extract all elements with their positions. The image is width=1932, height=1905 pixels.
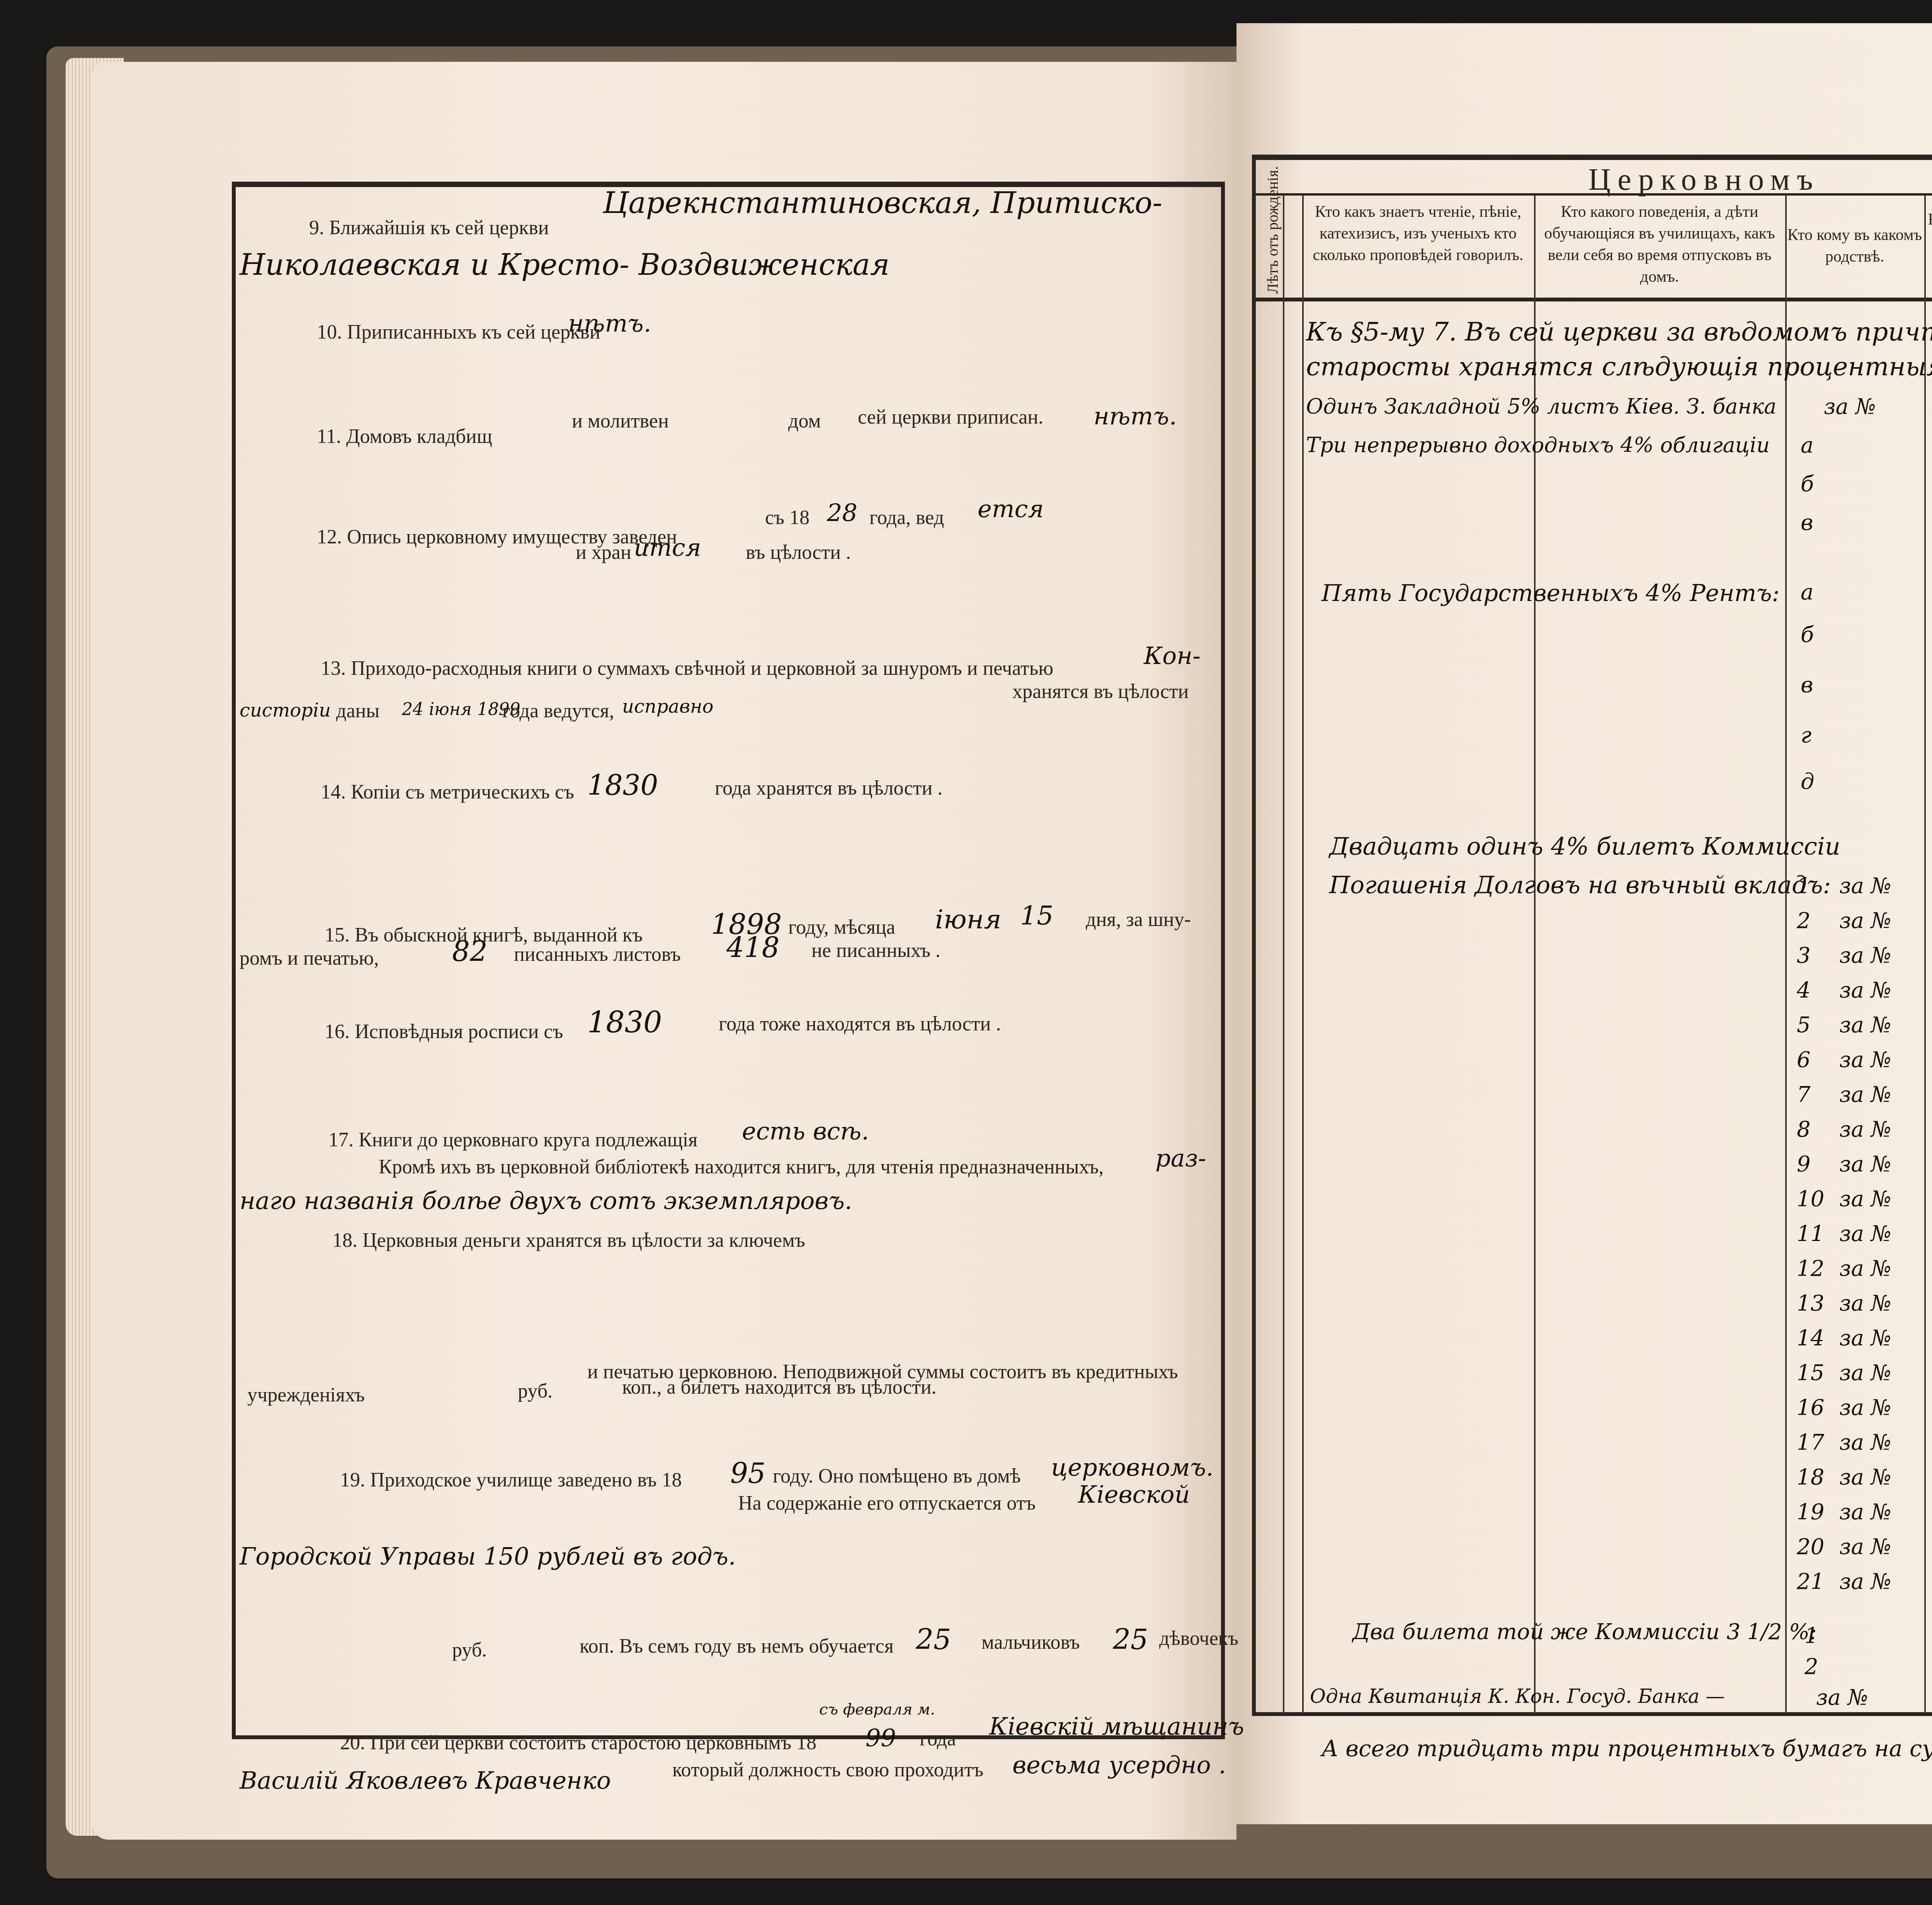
item-19-hw-girls: 25 bbox=[1113, 1623, 1148, 1656]
item-10-hw: нѣтъ. bbox=[568, 309, 651, 337]
item-19-label-b: году. Оно помѣщено въ домѣ bbox=[773, 1465, 1021, 1488]
item-18-label-a: 18. Церковныя деньги хранятся въ цѣлости… bbox=[332, 1229, 805, 1252]
item-12-label-e: въ цѣлости . bbox=[746, 541, 851, 564]
item-15-label-d: ромъ и печатью, bbox=[240, 947, 379, 970]
entry-za: за № bbox=[1839, 1187, 1891, 1212]
entry-idx: 1 bbox=[1804, 1623, 1818, 1648]
item-13-hw-a: Кон- bbox=[1144, 642, 1201, 670]
item-18-label-c: учрежденіяхъ bbox=[247, 1384, 365, 1406]
item-19-label-e: коп. Въ семъ году въ немъ обучается bbox=[580, 1635, 894, 1658]
item-20-label-c: который должность свою проходитъ bbox=[672, 1759, 983, 1781]
item-16-hw-year: 1830 bbox=[587, 1005, 662, 1039]
group-label: Двадцать одинъ 4% билетъ Коммиссіи Погаш… bbox=[1329, 827, 1917, 904]
item-20-label-a: 20. При сей церкви состоитъ старостою це… bbox=[340, 1731, 816, 1754]
col-divider-1 bbox=[1283, 195, 1284, 1714]
item-19-hw-c: Городской Управы 150 рублей въ годъ. bbox=[240, 1542, 736, 1570]
entry-idx: а bbox=[1801, 580, 1813, 605]
entry-idx: 18 bbox=[1797, 1465, 1824, 1490]
item-15-label-f: не писанныхъ . bbox=[811, 939, 940, 962]
entry-idx: 17 bbox=[1797, 1430, 1824, 1455]
item-17-hw-b: раз- bbox=[1155, 1144, 1206, 1172]
entry-idx: 16 bbox=[1797, 1395, 1824, 1420]
col-divider-4 bbox=[1785, 195, 1787, 1714]
entry-idx: 12 bbox=[1797, 1256, 1824, 1281]
entry-idx: б bbox=[1801, 622, 1814, 647]
col-divider-3 bbox=[1534, 195, 1536, 1714]
item-13-hw-b: систоріи bbox=[240, 700, 331, 721]
item-19-label-a: 19. Приходское училище заведено въ 18 bbox=[340, 1469, 682, 1491]
entry-za: за № bbox=[1839, 1500, 1891, 1525]
entry-za: за № bbox=[1839, 1013, 1891, 1038]
item-9-hw-line2: Николаевская и Кресто- Воздвиженская bbox=[240, 247, 889, 282]
entry-idx: 20 bbox=[1797, 1534, 1824, 1559]
item-20-hw-year: 99 bbox=[866, 1724, 896, 1752]
col-header-behaviour: Кто какого поведенія, а дѣти обучающіяся… bbox=[1536, 201, 1783, 288]
item-20-hw-a: Кіевскій мѣщанинъ bbox=[989, 1712, 1244, 1740]
entry-za: за № bbox=[1839, 1117, 1891, 1142]
header-rule bbox=[1252, 298, 1932, 301]
entry-za: за № bbox=[1839, 1047, 1891, 1073]
entry-za: за № bbox=[1839, 1082, 1891, 1107]
item-12-hw-b: ится bbox=[634, 533, 701, 562]
entry-za: за № bbox=[1839, 1430, 1891, 1455]
item-19-label-d: руб. bbox=[452, 1639, 487, 1662]
item-15-hw-month: іюня bbox=[935, 904, 1001, 935]
ledger-intro-line2: старосты хранятся слѣдующія процентныя б… bbox=[1306, 352, 1932, 381]
ledger-intro-line1: Къ §5-му 7. Въ сей церкви за вѣдомомъ пр… bbox=[1306, 317, 1932, 347]
entry-idx: 14 bbox=[1797, 1326, 1824, 1351]
entry-za: за № bbox=[1839, 943, 1891, 968]
entry-idx: 8 bbox=[1797, 1117, 1811, 1142]
entry-idx: в bbox=[1801, 510, 1813, 535]
item-10-label: 10. Приписанныхъ къ сей церкви bbox=[317, 321, 600, 344]
item-12-hw-a: ется bbox=[978, 495, 1044, 523]
col-header-relation: Кто кому въ какомъ родствѣ. bbox=[1787, 224, 1922, 267]
entry-za: за № bbox=[1839, 1326, 1891, 1351]
item-20-hw-c: весьма усердно . bbox=[1012, 1751, 1226, 1779]
entry-za: за № bbox=[1839, 978, 1891, 1003]
title-rule bbox=[1252, 193, 1932, 196]
item-13-label-b: хранятся въ цѣлости bbox=[1012, 680, 1189, 703]
entry-idx: в bbox=[1801, 672, 1813, 698]
entry-idx: г bbox=[1801, 723, 1811, 748]
entry-za: за № bbox=[1816, 1685, 1868, 1710]
group-label: Одна Квитанція К. Кон. Госуд. Банка — bbox=[1310, 1685, 1725, 1708]
item-18-label-e: коп., а билетъ находится въ цѣлости. bbox=[622, 1376, 937, 1399]
entry-idx: а bbox=[1801, 433, 1813, 458]
entry-idx: б bbox=[1801, 472, 1814, 497]
item-19-hw-b: Кіевской bbox=[1078, 1480, 1190, 1508]
entry-idx: 5 bbox=[1797, 1013, 1811, 1038]
item-17-hw-c: наго названія болѣе двухъ сотъ экземпляр… bbox=[240, 1187, 852, 1215]
item-20-label-b: года bbox=[920, 1728, 956, 1750]
entry-idx: 1 bbox=[1797, 873, 1811, 899]
entry-idx: 10 bbox=[1797, 1187, 1824, 1212]
item-19-hw-boys: 25 bbox=[916, 1623, 951, 1656]
item-11-label-a: 11. Домовъ кладбищ bbox=[317, 425, 492, 448]
item-13-label-a: 13. Приходо-расходныя книги о суммахъ св… bbox=[321, 657, 1053, 680]
item-16-label-a: 16. Исповѣдныя росписи съ bbox=[325, 1020, 563, 1043]
entry-idx: 6 bbox=[1797, 1047, 1811, 1073]
item-19-label-c: На содержаніе его отпускается отъ bbox=[738, 1492, 1036, 1515]
entry-za: за № bbox=[1839, 1569, 1891, 1594]
entry-idx: 11 bbox=[1797, 1221, 1824, 1246]
item-19-label-f: мальчиковъ bbox=[981, 1631, 1080, 1654]
right-ledger-frame bbox=[1252, 155, 1932, 1716]
entry-idx: 4 bbox=[1797, 978, 1811, 1003]
item-15-label-e: писанныхъ листовъ bbox=[514, 943, 681, 966]
item-9-label: 9. Ближайшія къ сей церкви bbox=[309, 216, 549, 239]
entry-za: за № bbox=[1839, 1221, 1891, 1246]
item-11-hw: нѣтъ. bbox=[1094, 402, 1177, 430]
item-11-label-c: дом bbox=[788, 410, 821, 432]
col-divider-2 bbox=[1302, 195, 1304, 1714]
item-17-label-a: 17. Книги до церковнаго круга подлежащія bbox=[328, 1129, 697, 1151]
entry-idx: 2 bbox=[1797, 908, 1811, 933]
entry-idx: 13 bbox=[1797, 1291, 1824, 1316]
col-header-age: Лѣтъ отъ рожденія. bbox=[1264, 166, 1282, 294]
entry-idx: д bbox=[1801, 769, 1815, 794]
entry-idx: 9 bbox=[1797, 1152, 1811, 1177]
entry-za: за № bbox=[1839, 1395, 1891, 1420]
ledger-title: Церковномъ bbox=[1252, 162, 1932, 197]
item-12-label-b: съ 18 bbox=[765, 506, 810, 529]
item-12-label-c: года, вед bbox=[869, 506, 944, 529]
entry-za: за № bbox=[1839, 1256, 1891, 1281]
entry-za: за № bbox=[1839, 908, 1891, 933]
total-line: А всего тридцать три процентныхъ бумагъ … bbox=[1321, 1735, 1932, 1762]
item-11-label-d: сей церкви приписан. bbox=[858, 406, 1043, 429]
entry-idx: 15 bbox=[1797, 1360, 1824, 1386]
col-header-fines: Кто когда былъ штрафованъ или не состоял… bbox=[1926, 209, 1932, 274]
item-19-label-g: дѣвочекъ bbox=[1159, 1627, 1238, 1650]
item-19-hw-year: 95 bbox=[730, 1457, 766, 1490]
item-12-label-d: и хран bbox=[576, 541, 631, 564]
entry-za: за № bbox=[1824, 394, 1876, 419]
item-15-hw-written: 82 bbox=[452, 935, 488, 968]
entry-idx: 3 bbox=[1797, 943, 1811, 968]
item-14-label-a: 14. Копіи съ метрическихъ съ bbox=[321, 781, 574, 804]
item-13-hw-d: исправно bbox=[622, 696, 714, 717]
col-header-reading: Кто какъ знаетъ чтеніе, пѣніе, катехизис… bbox=[1304, 201, 1532, 266]
item-20-hw-b: Василій Яковлевъ Кравченко bbox=[240, 1766, 611, 1794]
entry-za: за № bbox=[1839, 1152, 1891, 1177]
item-9-hw: Царекнстантиновская, Притиско- bbox=[603, 186, 1162, 220]
entry-za: за № bbox=[1839, 1465, 1891, 1490]
group-label: Три непрерывно доходныхъ 4% облигаціи bbox=[1306, 433, 1770, 457]
item-11-label-b: и молитвен bbox=[572, 410, 669, 432]
entry-za: за № bbox=[1839, 873, 1891, 899]
group-label: Пять Государственныхъ 4% Рентъ: bbox=[1321, 580, 1780, 607]
item-18-label-d: руб. bbox=[518, 1380, 553, 1403]
item-13-label-d: года ведутся, bbox=[502, 700, 614, 722]
entry-idx: 21 bbox=[1797, 1569, 1824, 1594]
item-16-label-b: года тоже находятся въ цѣлости . bbox=[719, 1013, 1001, 1035]
item-14-hw-year: 1830 bbox=[587, 769, 658, 802]
entry-za: за № bbox=[1839, 1360, 1891, 1386]
col-divider-5 bbox=[1924, 195, 1926, 1714]
item-12-hw-year: 28 bbox=[827, 499, 857, 527]
group-label: Два билета той же Коммиссіи 3 1/2 %: bbox=[1352, 1619, 1817, 1645]
entry-idx: 7 bbox=[1797, 1082, 1811, 1107]
item-14-label-b: года хранятся въ цѣлости . bbox=[715, 777, 942, 800]
item-17-hw-a: есть всѣ. bbox=[742, 1117, 869, 1145]
entry-za: за № bbox=[1839, 1291, 1891, 1316]
group-label: Одинъ Закладной 5% листъ Кіев. З. банка bbox=[1306, 394, 1776, 419]
entry-za: за № bbox=[1839, 1534, 1891, 1559]
item-20-hw-note: съ февраля м. bbox=[819, 1701, 935, 1718]
item-13-label-c: даны bbox=[336, 700, 379, 722]
item-19-hw-a: церковномъ. bbox=[1051, 1453, 1214, 1481]
item-15-label-b: году, мѣсяца bbox=[788, 916, 895, 939]
entry-idx: 19 bbox=[1797, 1500, 1824, 1525]
item-15-hw-unwritten: 418 bbox=[726, 931, 779, 964]
item-15-hw-day: 15 bbox=[1020, 901, 1054, 931]
item-15-label-c: дня, за шну- bbox=[1086, 908, 1191, 931]
item-17-label-b: Кромѣ ихъ въ церковной библіотекѣ находи… bbox=[379, 1156, 1104, 1178]
entry-idx: 2 bbox=[1804, 1654, 1818, 1679]
